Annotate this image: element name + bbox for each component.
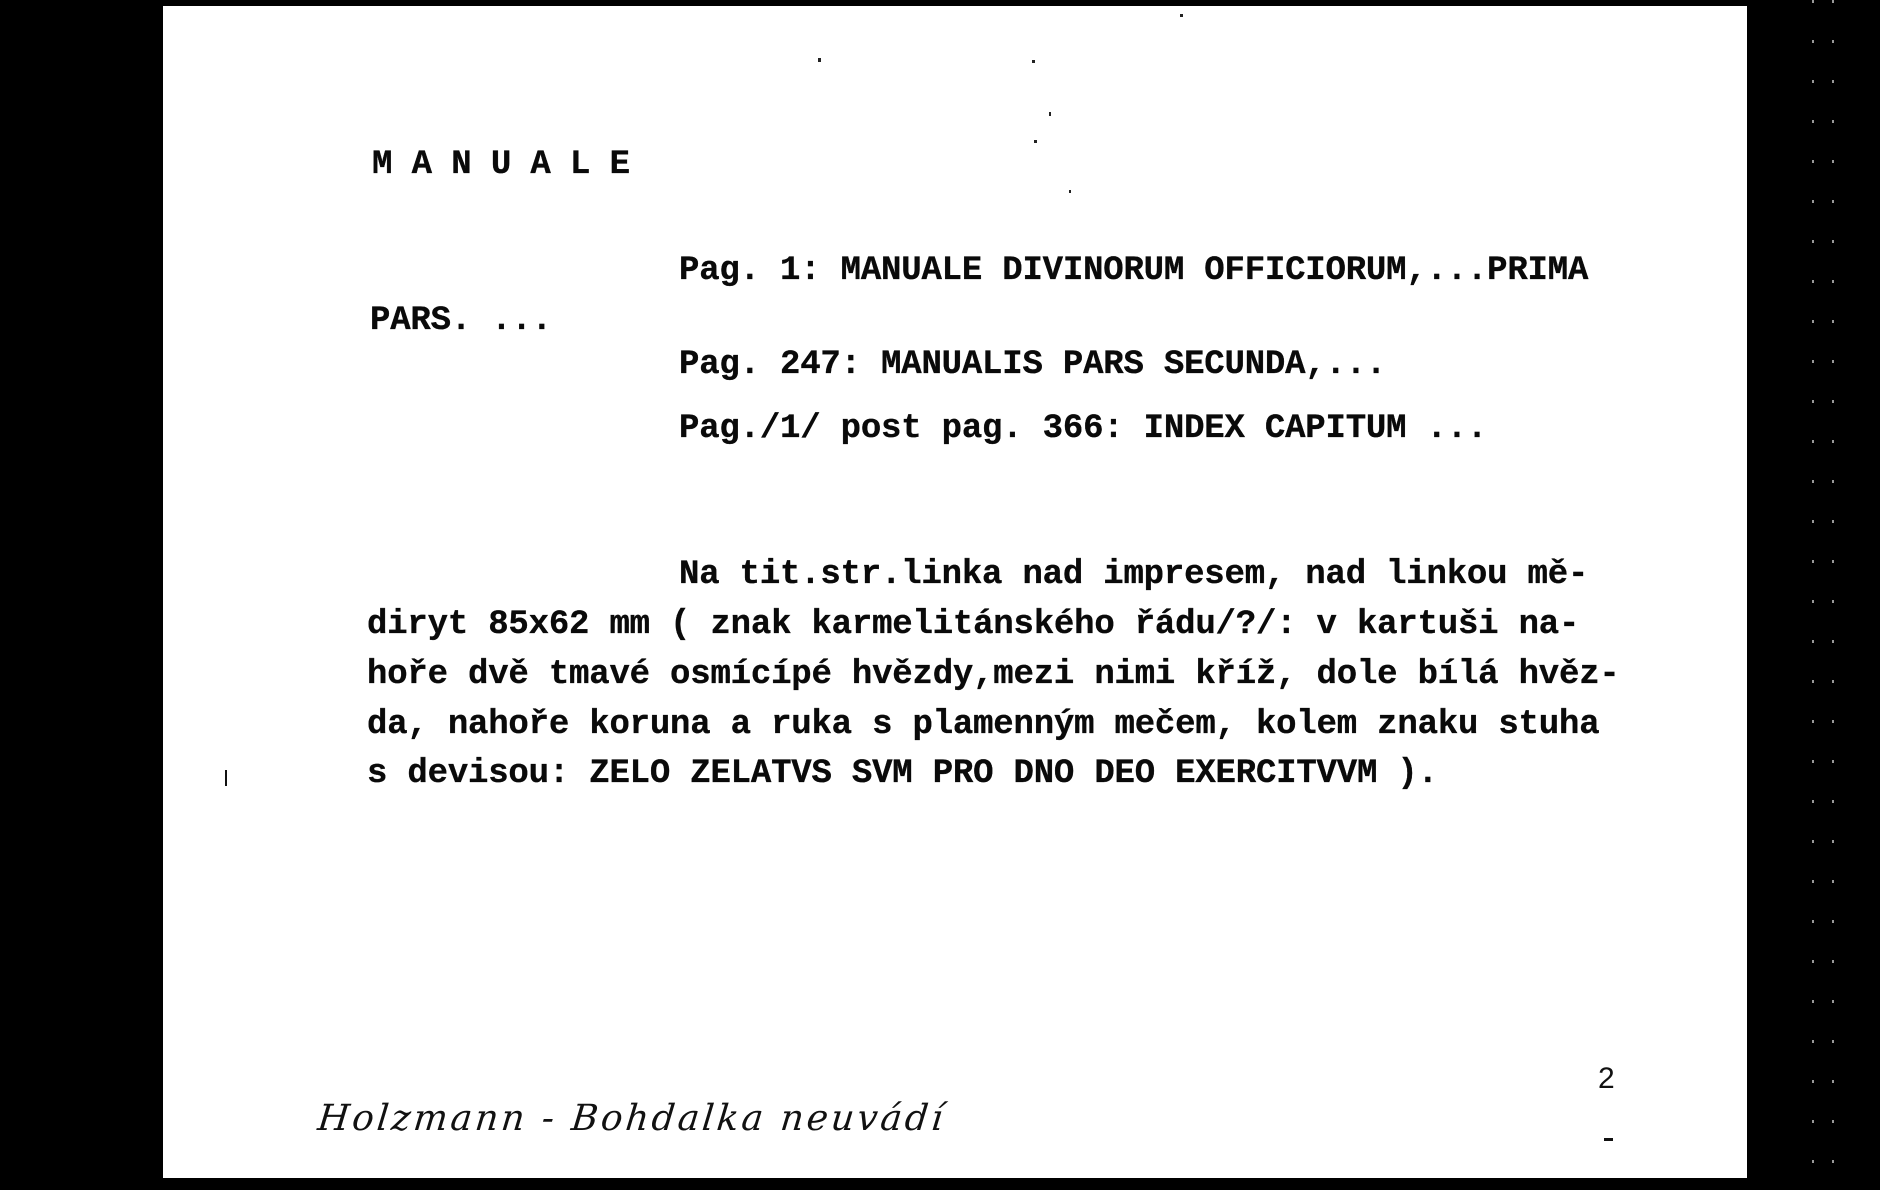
scan-speck [1069, 190, 1071, 193]
scan-speck [818, 58, 821, 62]
description-line-5: s devisou: ZELO ZELATVS SVM PRO DNO DEO … [367, 757, 1438, 791]
description-line-1: Na tit.str.linka nad impresem, nad linko… [679, 558, 1588, 592]
description-line-2: diryt 85x62 mm ( znak karmelitánského řá… [367, 608, 1579, 642]
scan-speck [1032, 60, 1035, 63]
entry-line-1-continuation: PARS. ... [370, 304, 552, 338]
handwritten-note: Holzmann - Bohdalka neuvádí [316, 1098, 948, 1139]
entry-line-3: Pag./1/ post pag. 366: INDEX CAPITUM ... [679, 412, 1487, 446]
scan-edge-noise [1832, 0, 1834, 1190]
entry-line-2: Pag. 247: MANUALIS PARS SECUNDA,... [679, 348, 1386, 382]
description-line-4: da, nahoře koruna a ruka s plamenným meč… [367, 708, 1599, 742]
scan-speck [1180, 14, 1183, 17]
entry-line-1: Pag. 1: MANUALE DIVINORUM OFFICIORUM,...… [679, 254, 1588, 288]
description-line-3: hoře dvě tmavé osmícípé hvězdy,mezi nimi… [367, 658, 1620, 692]
dash-mark [1604, 1138, 1613, 1141]
scan-speck [1034, 140, 1037, 143]
scan-edge-noise [1812, 0, 1814, 1190]
page-number: 2 [1598, 1062, 1615, 1096]
card-title: M A N U A L E [372, 148, 629, 182]
margin-mark [225, 770, 227, 786]
scan-speck [1049, 112, 1051, 116]
